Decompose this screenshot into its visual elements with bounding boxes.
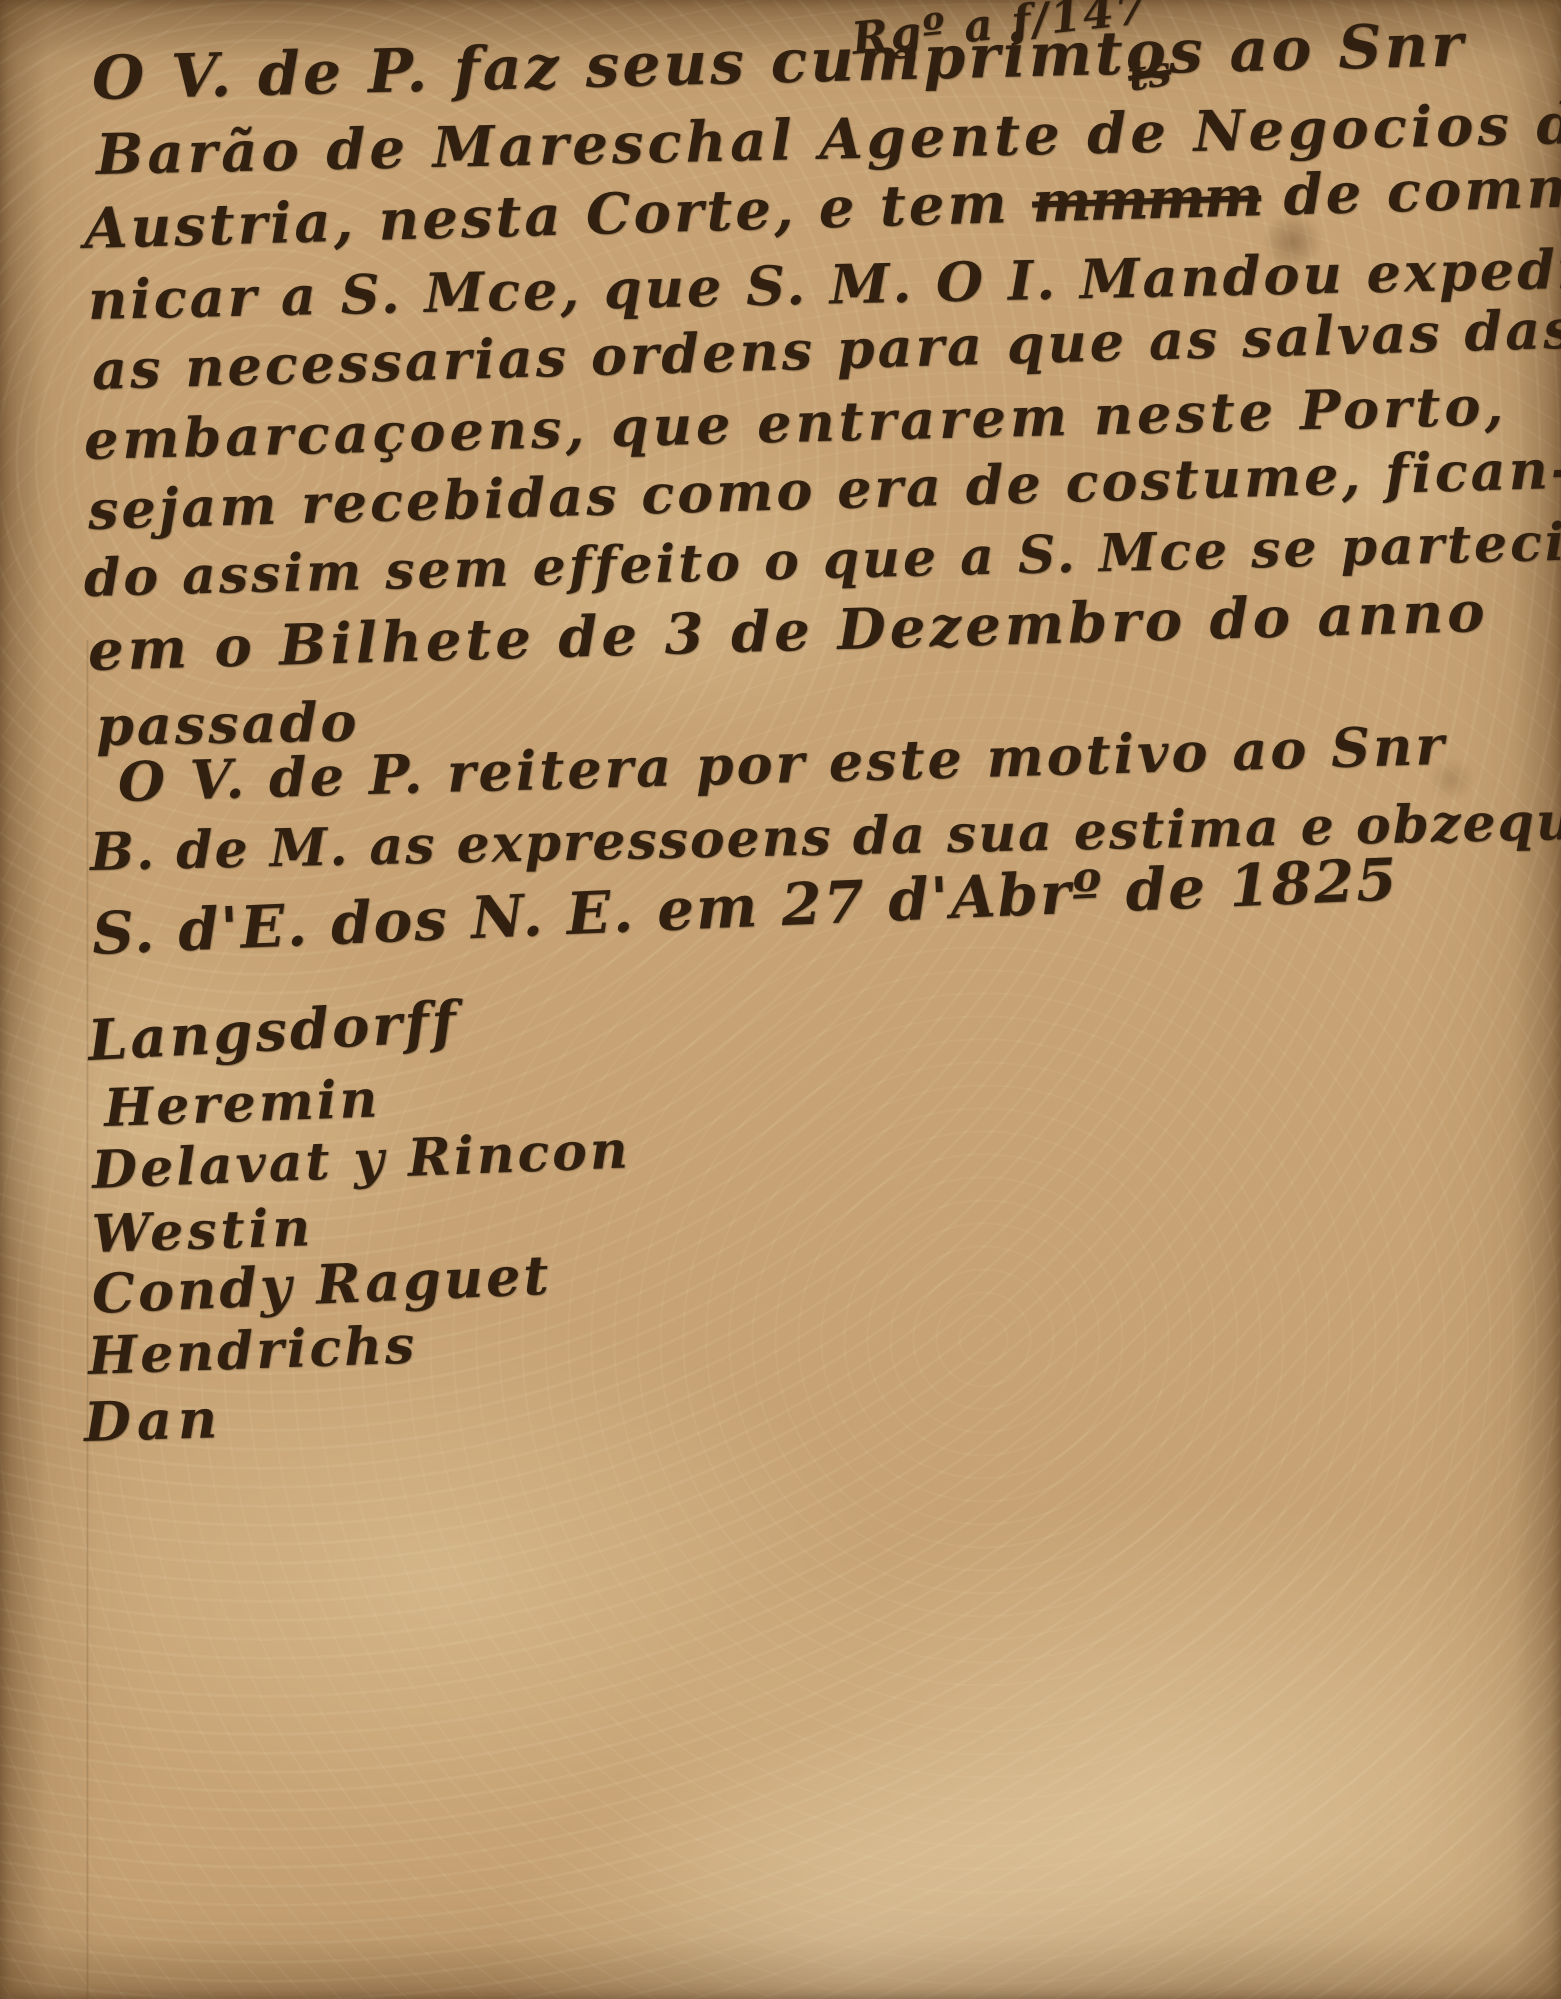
signature-dan: Dan [83, 1386, 224, 1454]
line-3-text-after: de commu- [1260, 152, 1561, 229]
struck-out-word: mmmm [1031, 163, 1262, 235]
signature-heremin: Heremin [103, 1068, 381, 1139]
signature-langsdorff: Langsdorff [86, 989, 460, 1074]
signature-hendrichs: Hendrichs [87, 1315, 418, 1387]
paper-crease [86, 640, 89, 1999]
manuscript-page: Rgº a f/147 ts O V. de P. faz seus cumpr… [0, 0, 1561, 1999]
